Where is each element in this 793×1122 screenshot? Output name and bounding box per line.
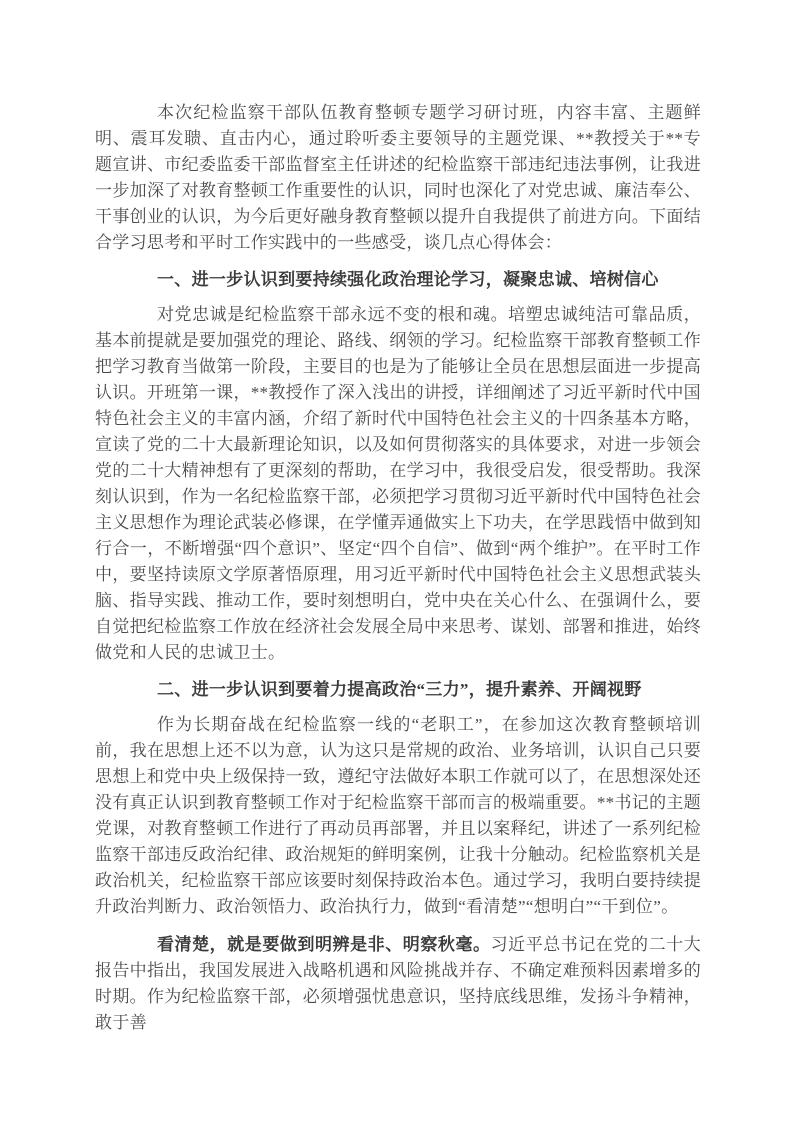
section-heading: 一、进一步认识到要持续强化政治理论学习，凝聚忠诚、培树信心 <box>95 267 701 293</box>
paragraph: 本次纪检监察干部队伍教育整顿专题学习研讨班，内容丰富、主题鲜明、震耳发聩、直击内… <box>95 100 701 256</box>
document-page: 本次纪检监察干部队伍教育整顿专题学习研讨班，内容丰富、主题鲜明、震耳发聩、直击内… <box>0 0 793 1122</box>
paragraph: 作为长期奋战在纪检监察一线的“老职工”，在参加这次教育整顿培训前，我在思想上还不… <box>95 712 701 920</box>
section-heading: 二、进一步认识到要着力提高政治“三力”，提升素养、开阔视野 <box>95 677 701 703</box>
paragraph: 看清楚，就是要做到明辨是非、明察秋毫。习近平总书记在党的二十大报告中指出，我国发… <box>95 932 701 1036</box>
document-page-content: 本次纪检监察干部队伍教育整顿专题学习研讨班，内容丰富、主题鲜明、震耳发聩、直击内… <box>95 100 701 1036</box>
bold-lead-text: 看清楚，就是要做到明辨是非、明察秋毫。 <box>157 935 491 954</box>
paragraph: 对党忠诚是纪检监察干部永远不变的根和魂。培塑忠诚纯洁可靠品质，基本前提就是要加强… <box>95 302 701 666</box>
